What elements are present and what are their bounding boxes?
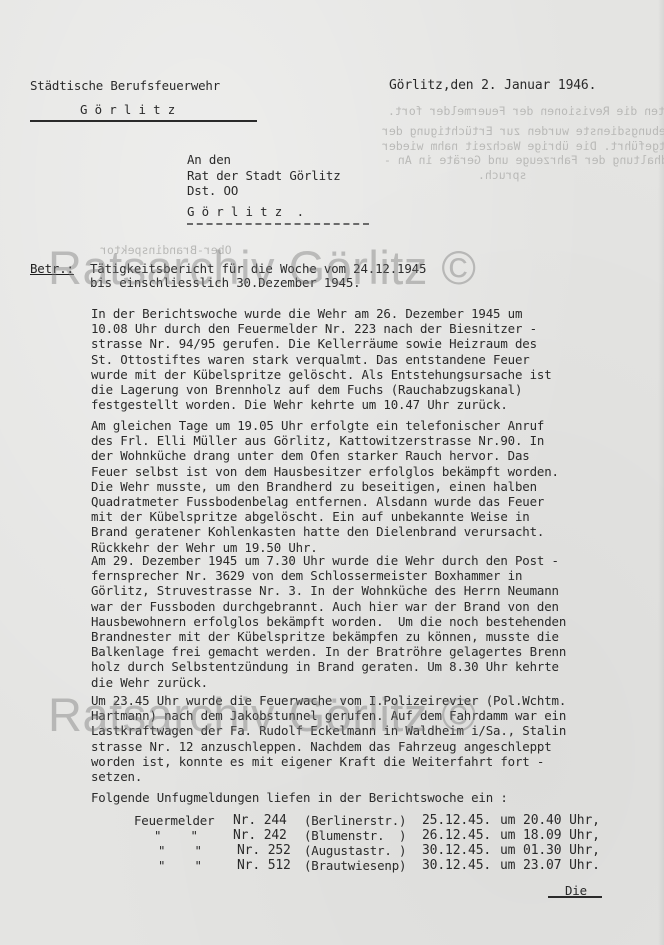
text-line: Quadratmeter Fussbodenbelag entfernen. A… [91, 494, 651, 509]
text-line: die Lagerung von Brennholz auf dem Fuchs… [91, 382, 651, 397]
alarm-street: (Brautwiesenp) [304, 858, 406, 873]
text-line: worden ist, konnte es mit eigener Kraft … [91, 754, 651, 769]
alarm-time: um 01.30 Uhr, [500, 843, 600, 858]
alarm-number: Nr. 244 [233, 813, 287, 828]
bleed-through-line: die Pflege und Instandhaltung der Fahrze… [384, 153, 664, 167]
text-line: Balkenlage frei gemacht werden. In der B… [91, 644, 651, 659]
text-line: St. Ottostiftes waren stark verqualmt. D… [91, 352, 651, 367]
text-line: setzen. [91, 769, 651, 784]
alarm-number: Nr. 242 [233, 828, 287, 843]
text-line: Brandnester mit der Kübelspritze bekämpf… [91, 629, 651, 644]
report-paragraph-2: Am gleichen Tage um 19.05 Uhr erfolgte e… [91, 418, 651, 555]
alarm-date: 26.12.45. [422, 828, 491, 843]
alarm-number: Nr. 252 [237, 843, 291, 858]
bleed-through-line: spruch. [478, 168, 526, 182]
alarm-ditto: " " [158, 858, 202, 873]
false-alarm-intro: Folgende Unfugmeldungen liefen in der Be… [91, 790, 508, 805]
text-line: Feuer selbst ist von dem Hausbesitzer er… [91, 464, 651, 479]
alarm-street: (Blumenstr. ) [304, 828, 406, 843]
text-line: Die Wehr musste, um den Brandherd zu bes… [91, 479, 651, 494]
recipient-city: G ö r l i t z . [187, 204, 304, 219]
place-date: Görlitz,den 2. Januar 1946. [389, 78, 596, 93]
alarm-time: um 23.07 Uhr. [500, 858, 600, 873]
sender-name: Städtische Berufsfeuerwehr [30, 78, 220, 93]
bleed-through-line: Die Hochbaufer führten die Revisionen de… [388, 104, 664, 118]
text-line: der Wohnküche drang unter dem Ofen stark… [91, 448, 651, 463]
text-line: war der Fussboden durchgebrannt. Auch hi… [91, 599, 651, 614]
text-line: mit der Kübelspritze abgelöscht. Ein auf… [91, 509, 651, 524]
recipient-underline [187, 223, 369, 225]
alarm-number: Nr. 512 [237, 858, 291, 873]
recipient-line-1: An den [187, 152, 231, 167]
bleed-through-line: Die Unterrichte und Uebungsdienste wurde… [382, 124, 664, 138]
alarm-time: um 18.09 Uhr, [500, 828, 600, 843]
recipient-line-3: Dst. OO [187, 183, 238, 198]
catchword-underline [548, 896, 602, 898]
text-line: In der Berichtswoche wurde die Wehr am 2… [91, 306, 651, 321]
report-paragraph-3: Am 29. Dezember 1945 um 7.30 Uhr wurde d… [91, 553, 651, 690]
alarm-prefix: Feuermelder [134, 813, 214, 828]
archive-watermark: Ratsarchiv Görlitz © [48, 240, 477, 295]
text-line: Am 29. Dezember 1945 um 7.30 Uhr wurde d… [91, 553, 651, 568]
text-line: Görlitz, Struvestrasse Nr. 3. In der Woh… [91, 583, 651, 598]
text-line: strasse Nr. 94/95 gerufen. Die Kellerräu… [91, 336, 651, 351]
bleed-through-line: Wehrmannschaften fortgeführt. Die übrige… [382, 139, 664, 153]
alarm-street: (Berlinerstr.) [304, 813, 406, 828]
text-line: 10.08 Uhr durch den Feuermelder Nr. 223 … [91, 321, 651, 336]
sender-underline [30, 120, 257, 122]
text-line: fernsprecher Nr. 3629 von dem Schlosserm… [91, 568, 651, 583]
alarm-street: (Augustastr. ) [304, 843, 406, 858]
alarm-ditto: " " [154, 828, 198, 843]
text-line: Brand geratener Kohlenkasten hatte den D… [91, 524, 651, 539]
sender-city: G ö r l i t z [80, 102, 175, 117]
text-line: Hausbewohnern erfolglos bekämpft worden.… [91, 614, 651, 629]
text-line: holz durch Selbstentzündung in Brand ger… [91, 659, 651, 674]
document-page: Die Hochbaufer führten die Revisionen de… [0, 0, 664, 945]
text-line: des Frl. Elli Müller aus Görlitz, Kattow… [91, 433, 651, 448]
alarm-time: um 20.40 Uhr, [500, 813, 600, 828]
archive-watermark: Ratsarchiv Görlitz © [48, 687, 477, 742]
alarm-date: 30.12.45. [422, 843, 491, 858]
text-line: wurde mit der Kübelspritze gelöscht. Als… [91, 367, 651, 382]
alarm-date: 25.12.45. [422, 813, 491, 828]
recipient-line-2: Rat der Stadt Görlitz [187, 168, 341, 183]
text-line: Am gleichen Tage um 19.05 Uhr erfolgte e… [91, 418, 651, 433]
alarm-date: 30.12.45. [422, 858, 491, 873]
text-line: festgestellt worden. Die Wehr kehrte um … [91, 397, 651, 412]
alarm-ditto: " " [158, 843, 202, 858]
report-paragraph-1: In der Berichtswoche wurde die Wehr am 2… [91, 306, 651, 412]
